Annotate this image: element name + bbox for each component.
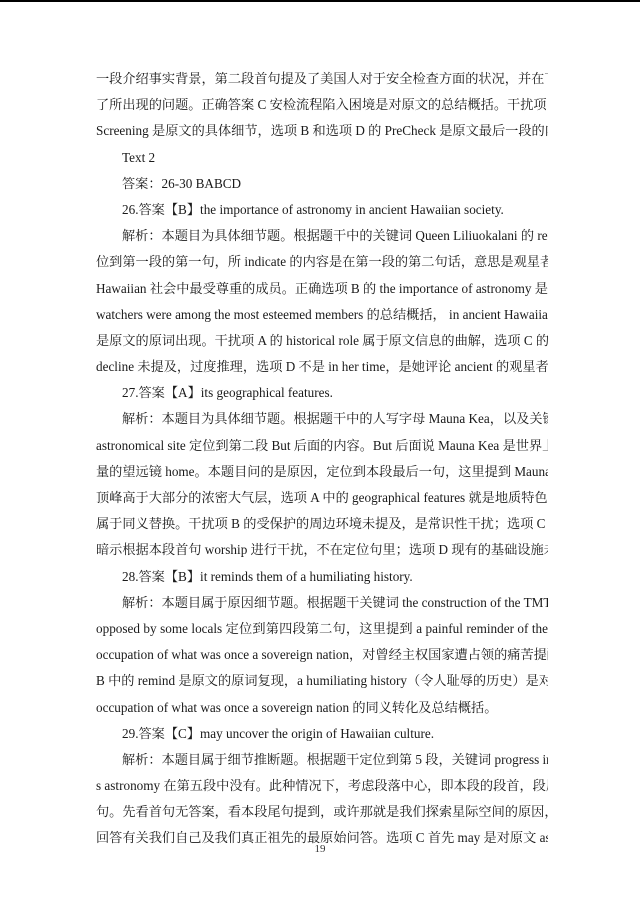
text-line: 了所出现的问题。正确答案 C 安检流程陷入困境是对原文的总结概括。干扰项 A 的: [96, 92, 548, 118]
question-29-answer: 29.答案【C】may uncover the origin of Hawaii…: [96, 721, 548, 747]
text-line: 位到第一段的第一句，所 indicate 的内容是在第一段的第二句话，意思是观星…: [96, 249, 548, 275]
text-line: 一段介绍事实背景，第二段首句提及了美国人对于安全检查方面的状况，并在下文提及: [96, 66, 548, 92]
text-line: 是原文的原词出现。干扰项 A 的 historical role 属于原文信息的…: [96, 328, 548, 354]
answer-key-line: 答案：26-30 BABCD: [96, 171, 548, 197]
text-line: opposed by some locals 定位到第四段第二句，这里提到 a …: [96, 616, 548, 642]
text-line: 暗示根据本段首句 worship 进行干扰，不在定位句里；选项 D 现有的基础设…: [96, 537, 548, 563]
section-heading-text2: Text 2: [96, 145, 548, 171]
text-line: s astronomy 在第五段中没有。此种情况下，考虑段落中心，即本段的段首，…: [96, 773, 548, 799]
text-line: astronomical site 定位到第二段 But 后面的内容。But 后…: [96, 433, 548, 459]
question-29-analysis: 解析：本题目属于细节推断题。根据题干定位到第 5 段，关键词 progress …: [96, 747, 548, 773]
question-27-analysis: 解析：本题目为具体细节题。根据题干中的人写字母 Mauna Kea，以及关键词 …: [96, 406, 548, 432]
question-26-answer: 26.答案【B】the importance of astronomy in a…: [96, 197, 548, 223]
text-line: 句。先看首句无答案，看本段尾句提到，或许那就是我们探索星际空间的原因，好像会: [96, 799, 548, 825]
text-line: decline 未提及，过度推理，选项 D 不是 in her time，是她评…: [96, 354, 548, 380]
question-28-answer: 28.答案【B】it reminds them of a humiliating…: [96, 564, 548, 590]
text-line: B 中的 remind 是原文的原词复现，a humiliating histo…: [96, 668, 548, 694]
page-number: 19: [0, 843, 640, 855]
text-line: 属于同义替换。干扰项 B 的受保护的周边环境未提及，是常识性干扰；选项 C 的宗…: [96, 511, 548, 537]
text-line: 顶峰高于大部分的浓密大气层，选项 A 中的 geographical featu…: [96, 485, 548, 511]
text-line: 量的望远镜 home。本题目问的是原因，定位到本段最后一句，这里提到 Mauna…: [96, 459, 548, 485]
document-page-body: 一段介绍事实背景，第二段首句提及了美国人对于安全检查方面的状况，并在下文提及 了…: [96, 66, 548, 852]
question-26-analysis: 解析：本题目为具体细节题。根据题干中的关键词 Queen Liliuokalan…: [96, 223, 548, 249]
question-28-analysis: 解析：本题目属于原因细节题。根据题干关键词 the construction o…: [96, 590, 548, 616]
text-line: occupation of what was once a sovereign …: [96, 642, 548, 668]
top-border-rule: [0, 0, 640, 2]
text-line: watchers were among the most esteemed me…: [96, 302, 548, 328]
question-27-answer: 27.答案【A】its geographical features.: [96, 380, 548, 406]
text-line: Screening 是原文的具体细节，选项 B 和选项 D 的 PreCheck…: [96, 118, 548, 144]
text-line: Hawaiian 社会中最受尊重的成员。正确选项 B 的 the importa…: [96, 276, 548, 302]
text-line: occupation of what was once a sovereign …: [96, 695, 548, 721]
